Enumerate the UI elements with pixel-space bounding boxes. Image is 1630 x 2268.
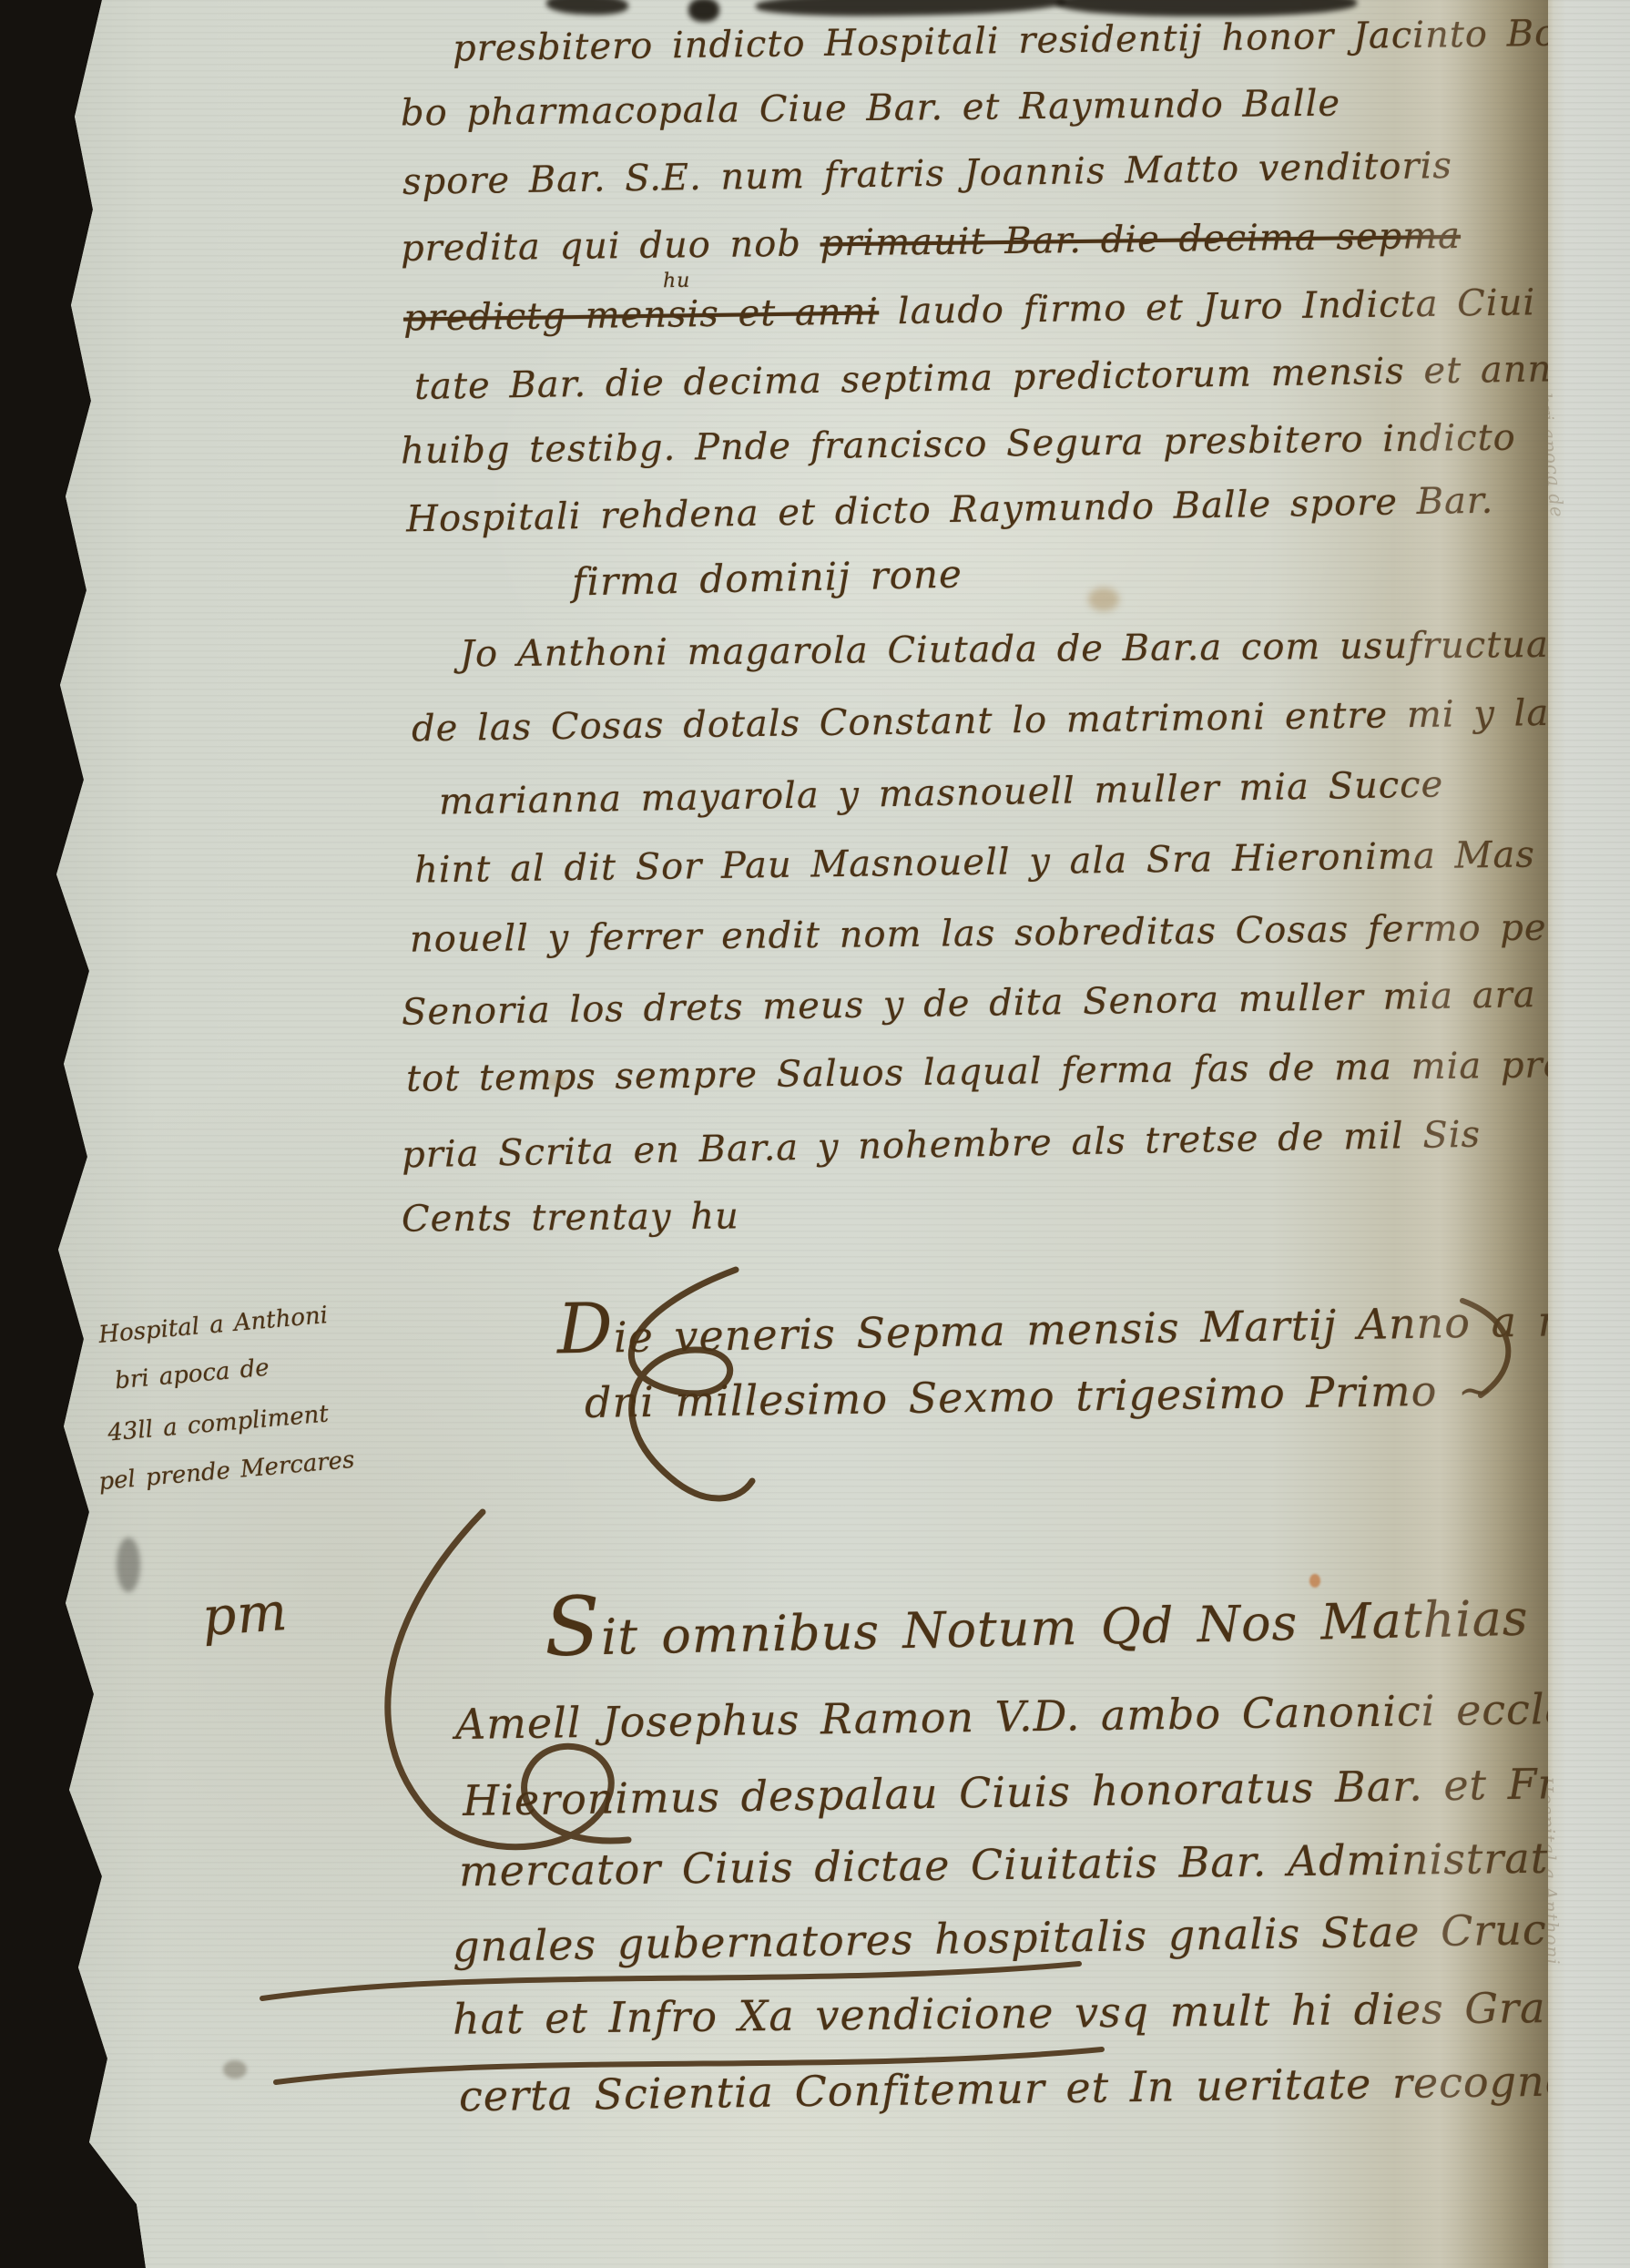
bleed-through-row: Jo Anthoni magarola Ciutada de Bar.a com… xyxy=(53,510,399,565)
section-heading-firma: firma dominij rone xyxy=(572,552,963,605)
interlinear-note: hu xyxy=(663,270,691,293)
notary-mark: pm xyxy=(200,1580,290,1648)
page-fold-shadow xyxy=(1393,0,1548,2268)
manuscript-page: bo pharmacopala Ciue Bar. et Raymundo Ba… xyxy=(0,0,1548,2268)
manuscript-line: Cents trentay hu xyxy=(402,1195,739,1240)
ink-smudge xyxy=(688,0,719,22)
bleed-through-row: hint al dit Sor Pau Masnouell y ala Sra … xyxy=(50,729,396,783)
bleed-through-row: de las Cosas dotals Constant lo matrimon… xyxy=(47,1170,393,1225)
ink-underline-flourish xyxy=(269,2028,1116,2091)
paper-stain xyxy=(117,1538,140,1592)
adjacent-page-edge: bri apoca de 43ll a compliment Hospital … xyxy=(1535,0,1630,2268)
ink-underline-flourish xyxy=(255,1946,1093,2009)
paper-stain xyxy=(76,2168,104,2191)
paper-stain xyxy=(223,2060,247,2079)
manuscript-scan: bri apoca de 43ll a compliment Hospital … xyxy=(0,0,1630,2268)
bleed-through-row: bo pharmacopala Ciue Bar. et Raymundo Ba… xyxy=(53,109,399,164)
bleed-through-row: tate Bar. die decima septima predictorum… xyxy=(47,301,393,355)
struck-text: predictg mensis et anni xyxy=(403,291,880,339)
struck-text: primauit Bar. die decima sepma xyxy=(820,215,1461,265)
ink-flourish xyxy=(321,1505,703,1887)
paper-stain xyxy=(1309,1574,1320,1588)
line-text: predita qui duo nob xyxy=(401,222,820,270)
ink-flourish xyxy=(492,1262,765,1536)
bleed-through-row: tot temps sempre Saluos laqual ferma fas… xyxy=(53,967,399,1022)
paper-stain xyxy=(1088,587,1119,611)
